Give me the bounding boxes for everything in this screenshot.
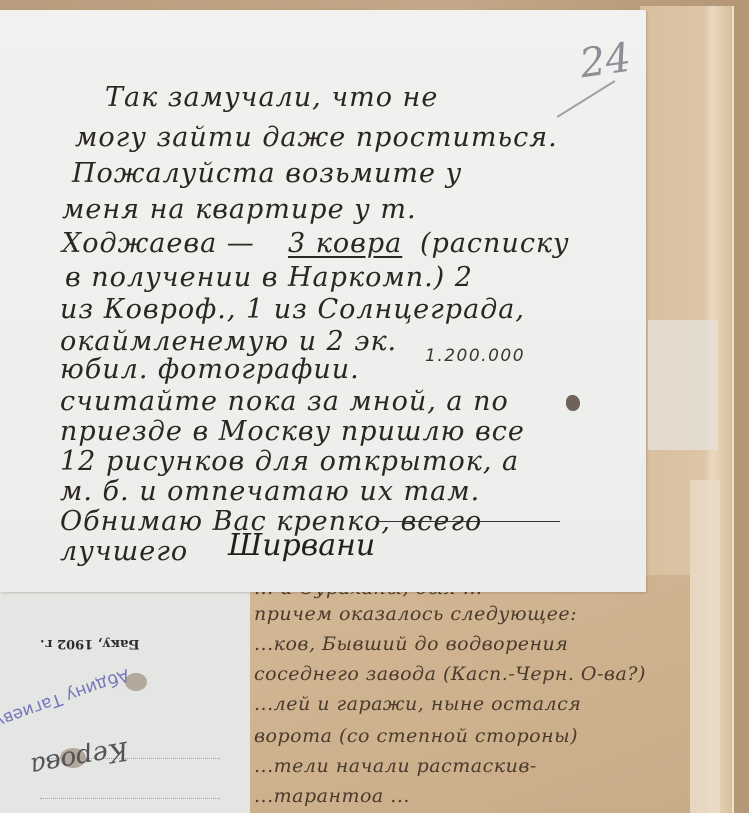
folio-number: 24 (577, 35, 634, 88)
letter-line: (расписку (420, 228, 570, 259)
letter-sheet: 24 Так замучали, что не могу зайти даже … (0, 10, 646, 592)
note-line: ...тарантоа ... (254, 785, 410, 807)
note-line: ...ков, Бывший до водворения (254, 633, 568, 655)
letter-line: лучшего (60, 536, 188, 567)
lower-handwritten-note: ... и Сураханы, был ... причем оказалось… (250, 575, 690, 813)
letter-line: приезде в Москву пришлю все (60, 416, 525, 447)
letter-line: могу зайти даже проститься. (75, 122, 558, 153)
stain (125, 673, 147, 691)
letter-line: Пожалуйста возьмите у (72, 158, 462, 189)
signature-rule (375, 521, 560, 522)
ink-blot (566, 395, 580, 411)
postcard-fragment: Баку, 1902 г. Абдину Тагиеву Керова (0, 573, 250, 813)
underlined-phrase: 3 ковра (288, 228, 402, 259)
folder-strip-edge (690, 480, 720, 813)
note-line: причем оказалось следующее: (254, 603, 577, 625)
letter-line: окаймленемую и 2 эк. (60, 326, 397, 357)
letter-line: меня на квартире у т. (62, 194, 417, 225)
note-line: ворота (со степной стороны) (254, 725, 578, 747)
letter-line: из Ковроф., 1 из Солнцеграда, (60, 294, 525, 325)
letter-line: считайте пока за мной, а по (60, 386, 509, 417)
pencil-scrawl: Керова (28, 735, 130, 782)
dotted-line (40, 798, 220, 799)
note-line: ...тели начали растаскив- (254, 755, 537, 777)
letter-line: в получении в Наркомп.) 2 (65, 262, 473, 293)
folder-strip-patch (648, 320, 718, 450)
letter-line: Ходжаева — (62, 228, 255, 259)
letter-line: Так замучали, что не (105, 82, 438, 113)
letter-line: м. б. и отпечатаю их там. (60, 476, 480, 507)
note-line: соседнего завода (Касп.-Черн. О-ва?) (254, 663, 646, 685)
signature: Ширвани (228, 528, 375, 563)
letter-line: юбил. фотографии. (60, 354, 360, 385)
postcard-printed-text: Баку, 1902 г. (40, 636, 140, 651)
letter-line: 12 рисунков для открыток, а (60, 446, 519, 477)
violet-stamp: Абдину Тагиеву (0, 664, 132, 732)
amount-figure: 1.200.000 (425, 346, 525, 366)
note-line: ...лей и гаражи, ныне остался (254, 693, 581, 715)
